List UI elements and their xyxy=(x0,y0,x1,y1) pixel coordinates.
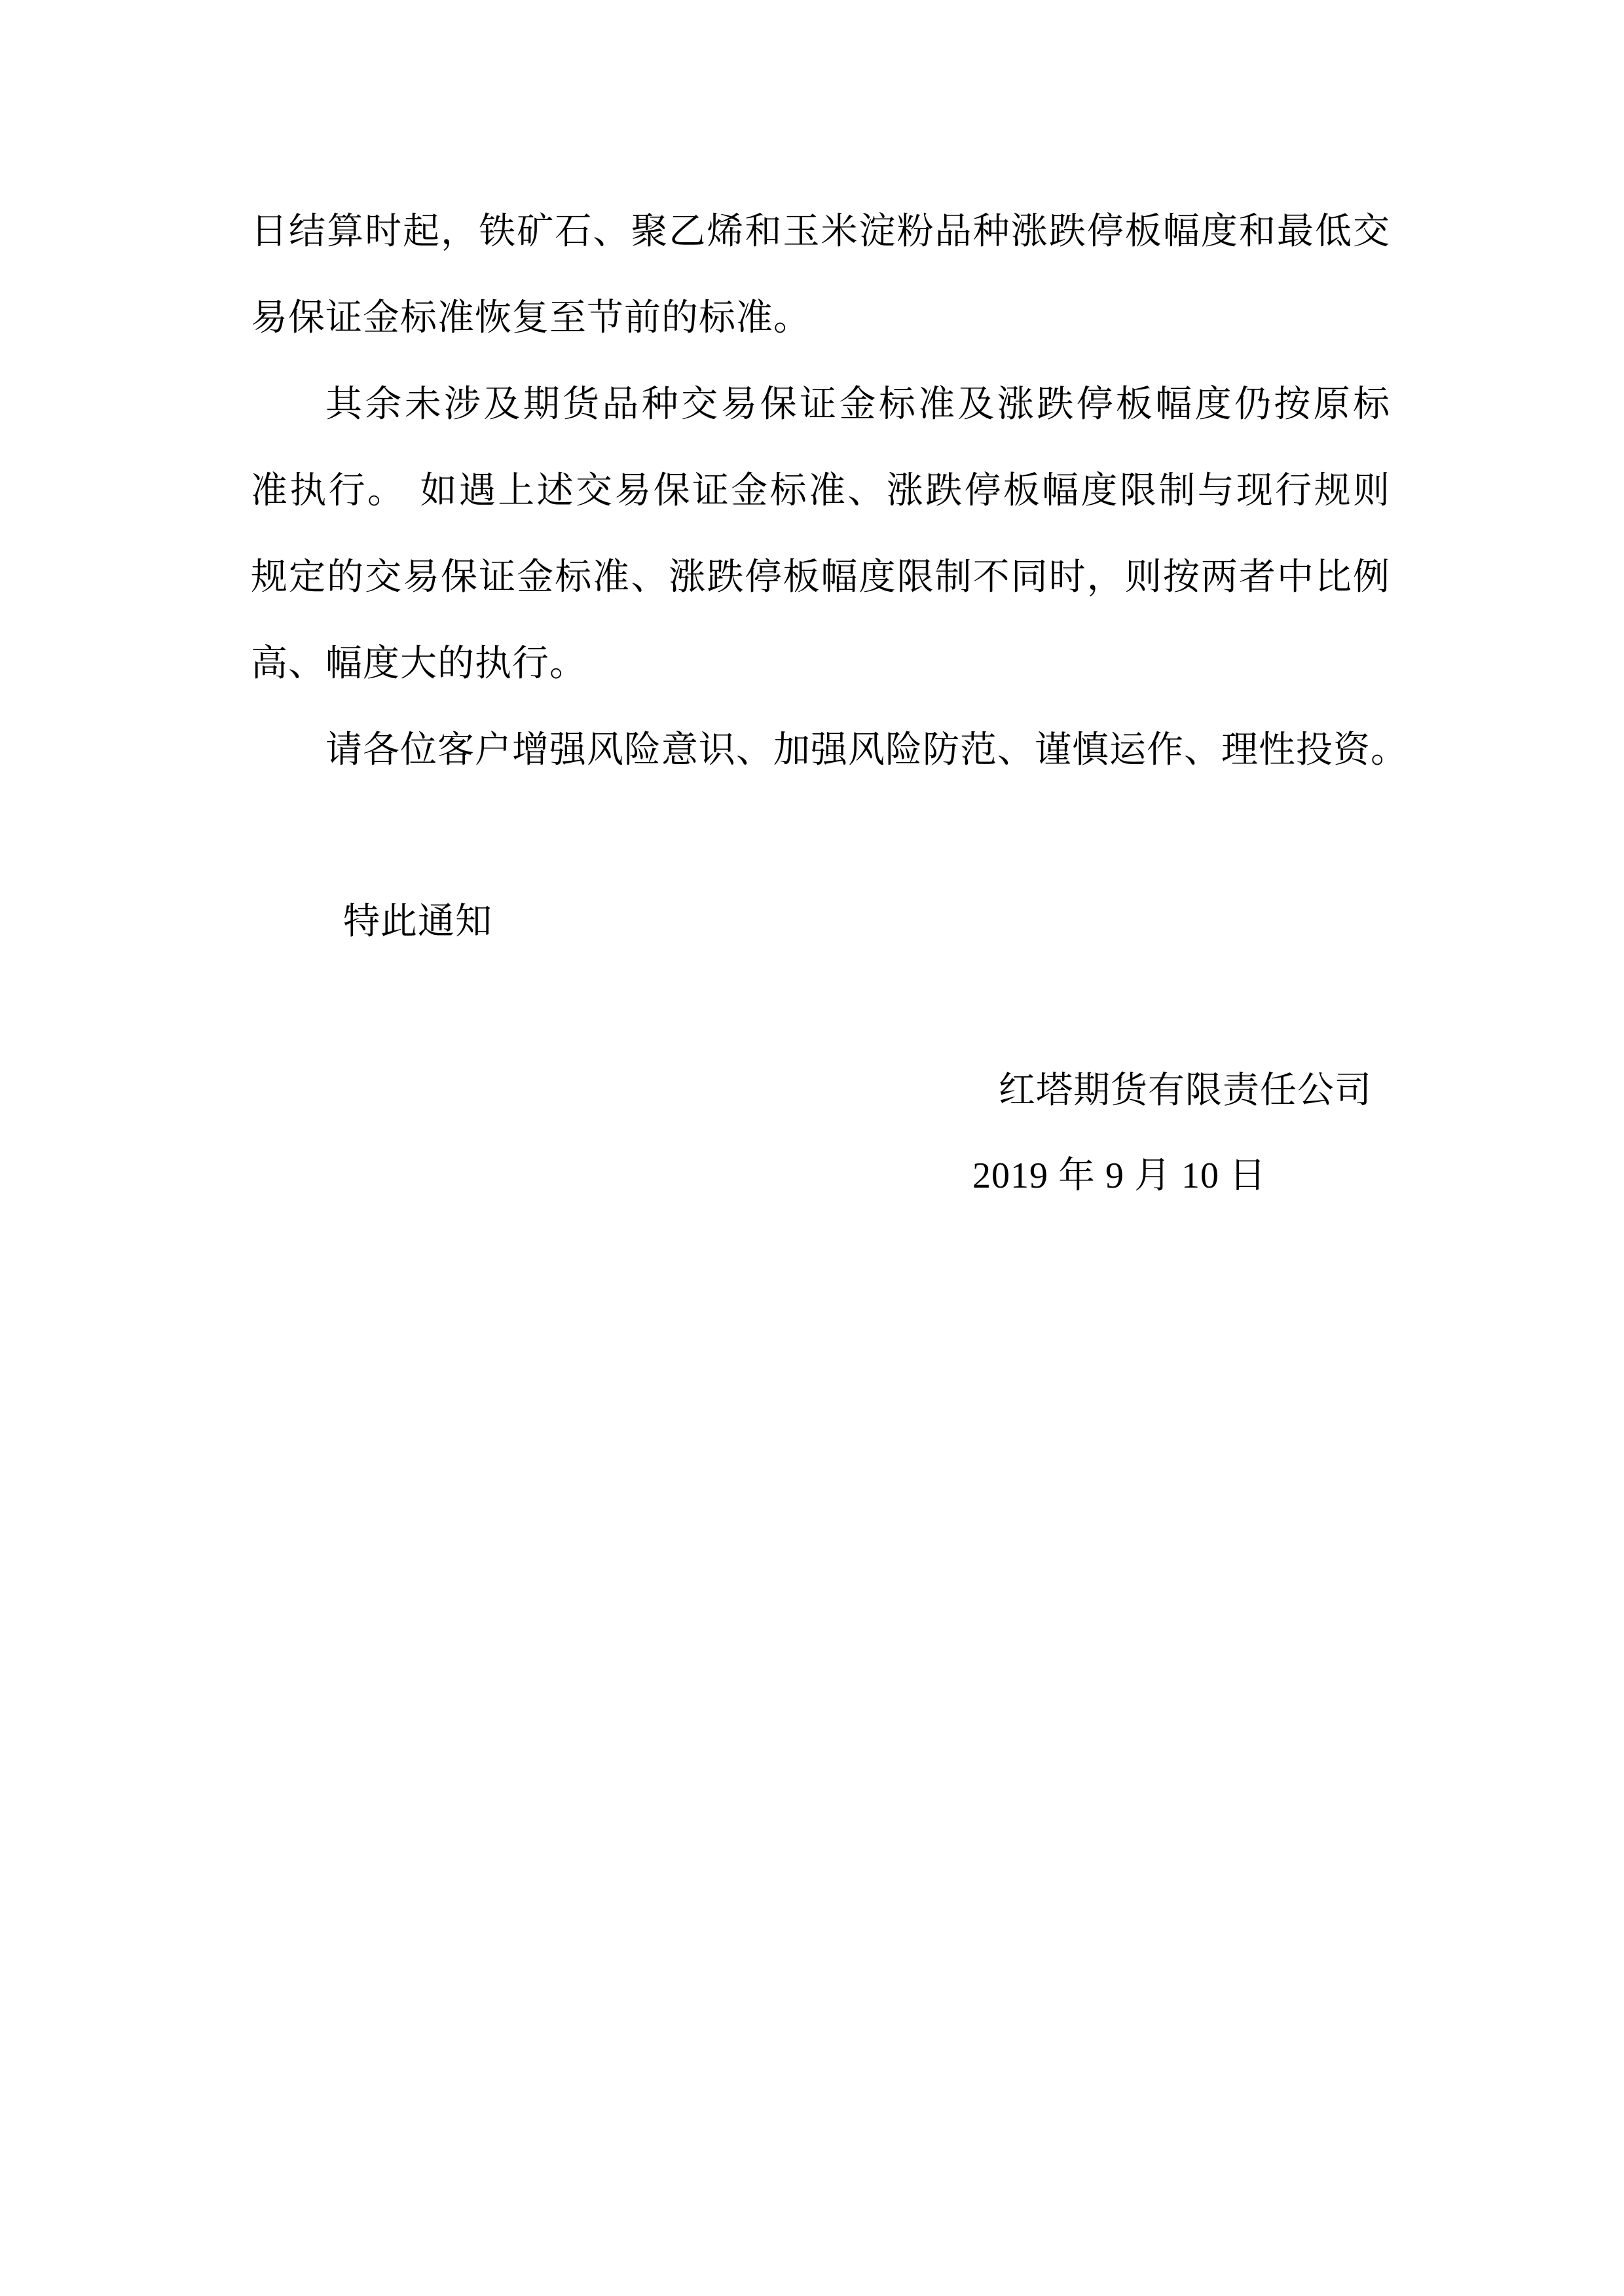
paragraph-1-line-2: 易保证金标准恢复至节前的标准。 xyxy=(251,295,1390,342)
paragraph-2-line-4: 高、幅度大的执行。 xyxy=(251,640,1390,687)
paragraph-2-line-1: 其余未涉及期货品种交易保证金标准及涨跌停板幅度仍按原标 xyxy=(325,381,1390,428)
paragraph-3-line-1: 请各位客户增强风险意识、加强风险防范、谨慎运作、理性投资。 xyxy=(325,727,1390,774)
closing-text: 特此通知 xyxy=(343,898,1483,945)
signature-date: 2019 年 9 月 10 日 xyxy=(972,1152,1365,1199)
paragraph-1-line-1: 日结算时起，铁矿石、聚乙烯和玉米淀粉品种涨跌停板幅度和最低交 xyxy=(251,208,1390,255)
paragraph-2-line-3: 规定的交易保证金标准、涨跌停板幅度限制不同时，则按两者中比例 xyxy=(251,554,1390,601)
signature-company: 红塔期货有限责任公司 xyxy=(999,1067,1392,1114)
paragraph-2-line-2: 准执行。 如遇上述交易保证金标准、涨跌停板幅度限制与现行规则 xyxy=(251,467,1390,515)
